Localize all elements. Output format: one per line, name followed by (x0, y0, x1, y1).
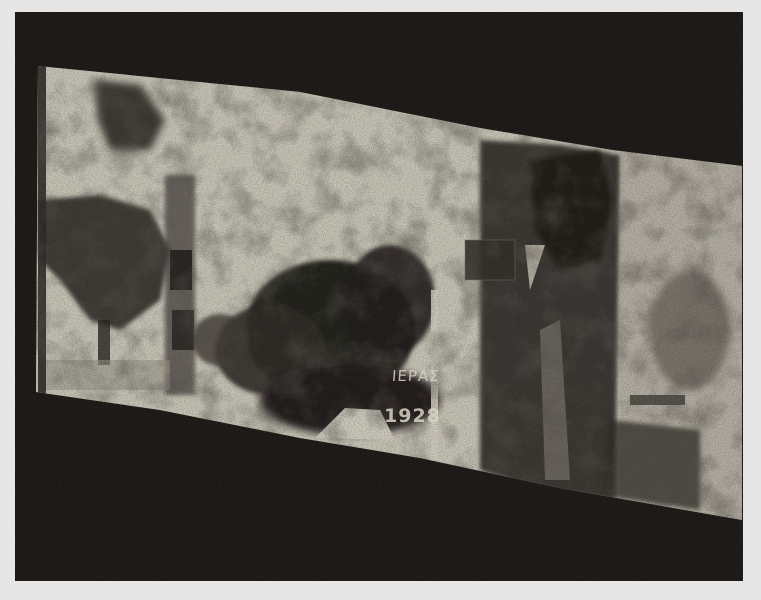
photographic-print (0, 0, 761, 600)
